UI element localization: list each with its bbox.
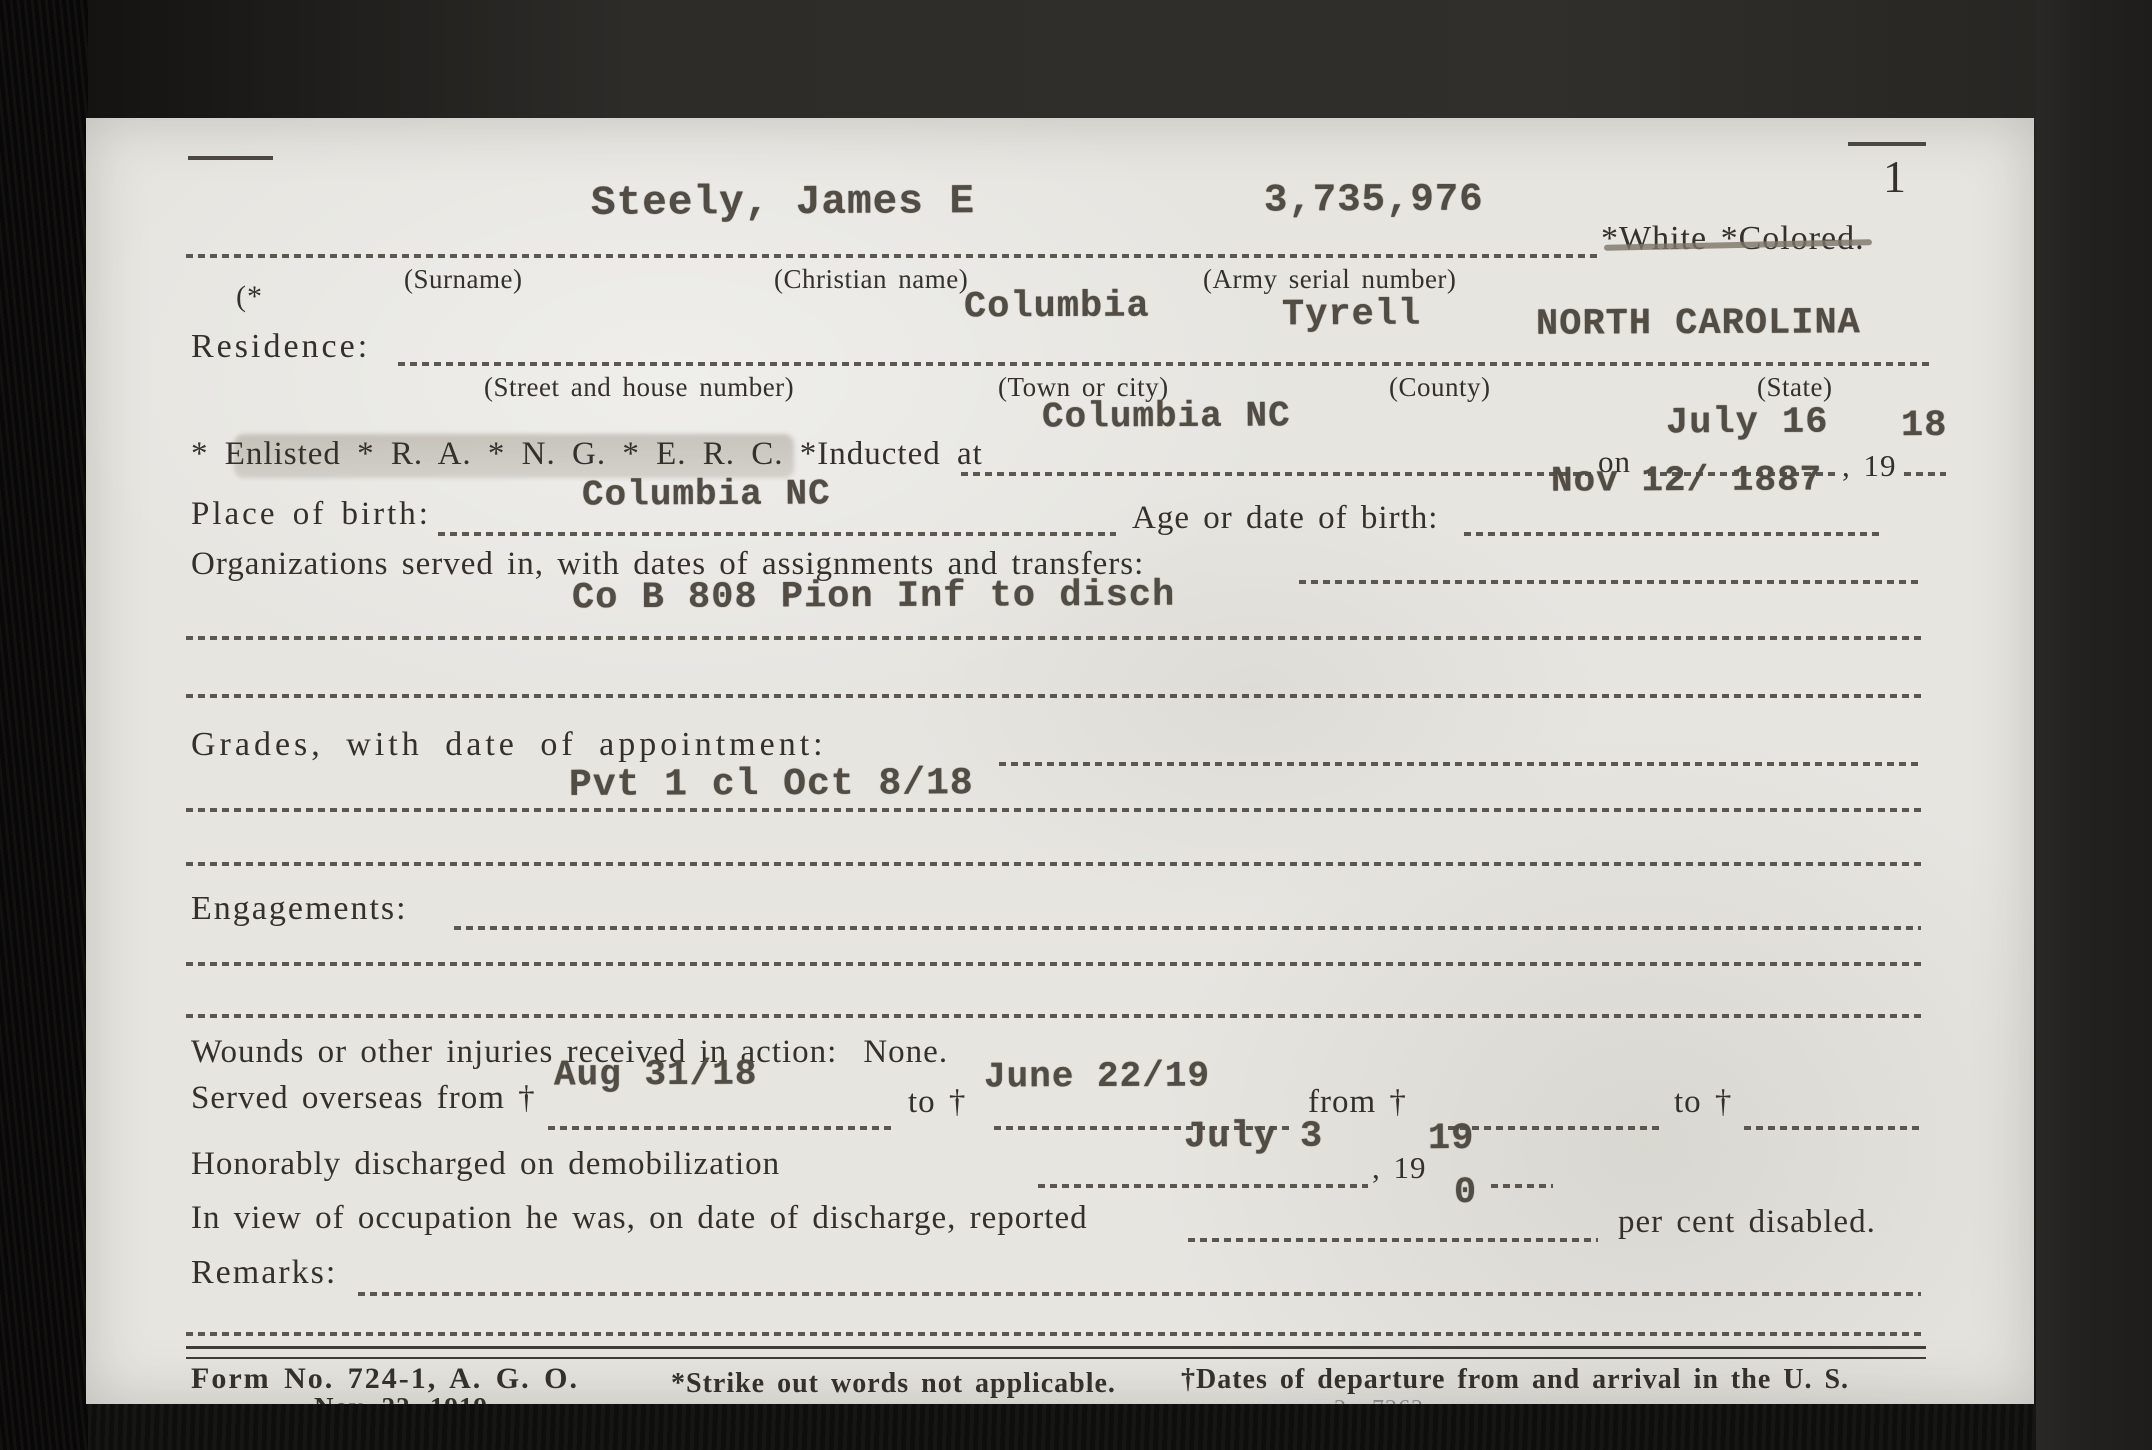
residence-county-value: Tyrell: [1282, 294, 1421, 337]
footer-dotted-line: [186, 1332, 1926, 1336]
county-label: (County): [1389, 372, 1491, 403]
army-serial-number-label: (Army serial number): [1203, 264, 1456, 295]
page-number: 1: [1883, 150, 1907, 203]
stray-mark: (*: [236, 280, 263, 314]
state-label: (State): [1757, 372, 1832, 403]
soldier-name-value: Steely, James E: [591, 179, 975, 227]
wounds-value: None.: [863, 1034, 948, 1070]
disability-dotted-line: [1188, 1238, 1598, 1242]
induction-year-dotted-line: [1904, 472, 1946, 476]
remarks-dotted-line: [358, 1292, 1921, 1296]
place-of-birth-value: Columbia NC: [582, 473, 831, 515]
scanner-bed-right: [2036, 0, 2152, 1450]
served-overseas-label: Served overseas from †: [191, 1080, 536, 1117]
top-left-rule: [188, 156, 273, 160]
grades-label: Grades, with date of appointment:: [191, 726, 827, 764]
name-dotted-line: [186, 254, 1598, 258]
discharge-date-value: July 3: [1184, 1116, 1323, 1159]
overseas-to2-label: to †: [1674, 1084, 1732, 1121]
residence-state-value: NORTH CAROLINA: [1536, 302, 1861, 345]
place-of-birth-dotted-line: [438, 532, 1116, 536]
birth-date-value: Nov 12/ 1887: [1551, 459, 1822, 501]
discharge-year-dotted-line: [1491, 1184, 1553, 1188]
residence-town-value: Columbia: [964, 286, 1150, 329]
induction-year-value: 18: [1901, 405, 1948, 447]
disability-percent-value: 0: [1454, 1172, 1477, 1214]
organizations-value: Co B 808 Pion Inf to disch: [572, 575, 1175, 620]
page-number-rule: [1848, 142, 1926, 146]
remarks-label: Remarks:: [191, 1254, 337, 1292]
strike-out-note: *Strike out words not applicable.: [671, 1368, 1116, 1400]
discharge-year-prefix: , 19: [1372, 1150, 1427, 1186]
disability-label: In view of occupation he was, on date of…: [191, 1200, 1088, 1237]
full-dotted-line: [186, 1014, 1926, 1018]
discharge-date-dotted-line: [1038, 1184, 1368, 1188]
full-dotted-line: [186, 962, 1926, 966]
surname-label: (Surname): [404, 264, 522, 295]
grades-dotted-line: [999, 762, 1921, 766]
form-date: Nov. 22, 1919.: [314, 1392, 496, 1404]
overseas-to-label: to †: [908, 1084, 966, 1121]
departure-dates-note: †Dates of departure from and arrival in …: [1181, 1364, 1849, 1396]
full-dotted-line: [186, 808, 1926, 812]
full-dotted-line: [186, 636, 1926, 640]
street-label: (Street and house number): [484, 372, 794, 403]
engagements-label: Engagements:: [191, 890, 408, 928]
grades-value: Pvt 1 cl Oct 8/18: [569, 762, 974, 807]
footer-double-rule: [186, 1346, 1926, 1359]
race-line: *White *Colored.: [1601, 220, 1865, 258]
full-dotted-line: [186, 694, 1926, 698]
full-dotted-line: [186, 862, 1926, 866]
residence-label: Residence:: [191, 328, 370, 366]
print-code: 2—7262: [1334, 1396, 1424, 1404]
overseas-to-value: June 22/19: [984, 1056, 1210, 1098]
form-number: Form No. 724-1, A. G. O.: [191, 1362, 579, 1396]
percent-disabled-label: per cent disabled.: [1618, 1204, 1876, 1241]
discharge-label: Honorably discharged on demobilization: [191, 1146, 780, 1183]
inducted-at-dotted-line: [961, 472, 1591, 476]
overseas-to2-dotted-line: [1744, 1126, 1921, 1130]
age-or-birth-label: Age or date of birth:: [1132, 500, 1438, 537]
book-binding-strip: [0, 0, 88, 1450]
scanner-bed-bottom: [88, 1400, 2036, 1450]
engagements-dotted-line: [454, 926, 1921, 930]
organizations-dotted-line: [1299, 580, 1921, 584]
overseas-from2-dotted-line: [1448, 1126, 1661, 1130]
christian-name-label: (Christian name): [774, 264, 968, 295]
inducted-place-value: Columbia NC: [1042, 395, 1291, 437]
overseas-from-dotted-line: [548, 1126, 896, 1130]
induction-date-value: July 16: [1666, 402, 1829, 445]
overseas-from-value: Aug 31/18: [554, 1054, 758, 1096]
race-white-option: *White *: [1601, 220, 1739, 257]
discharge-year-value: 19: [1428, 1118, 1475, 1160]
scanner-bed-top: [88, 0, 2036, 122]
residence-dotted-line: [398, 362, 1931, 366]
race-colored-option: Colored.: [1739, 220, 1865, 257]
age-dotted-line: [1464, 532, 1882, 536]
enlisted-inducted-label: * Enlisted * R. A. * N. G. * E. R. C. *I…: [191, 436, 983, 473]
place-of-birth-label: Place of birth:: [191, 496, 431, 533]
serial-number-value: 3,735,976: [1264, 178, 1484, 223]
scanned-page: Steely, James E 3,735,976 1 *White *Colo…: [0, 0, 2152, 1450]
service-record-card: Steely, James E 3,735,976 1 *White *Colo…: [86, 118, 2034, 1404]
induction-year-prefix: , 19: [1842, 448, 1897, 484]
